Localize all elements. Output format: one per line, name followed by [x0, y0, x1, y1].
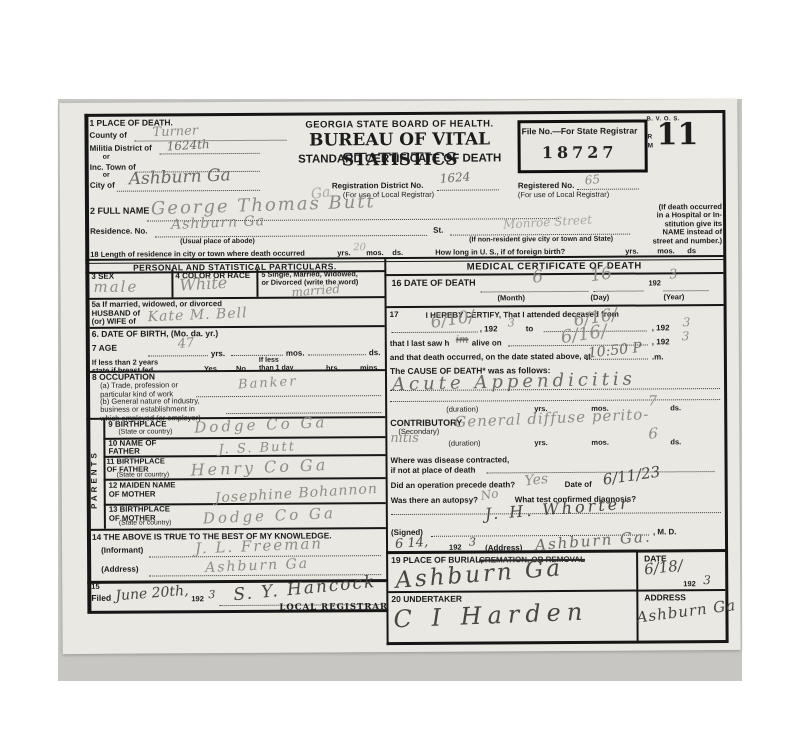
residence-line — [155, 235, 427, 238]
md-label: , M. D. — [653, 527, 677, 536]
city-label: City of — [90, 181, 115, 190]
county-label: County of — [89, 131, 126, 140]
abode-note: (Usual place of abode) — [180, 238, 255, 247]
certify-yb: 3 — [683, 316, 691, 328]
hospital-note: (If death occurred in a Hospital or In- … — [625, 203, 722, 246]
birthplace-value: Dodge Co Ga — [194, 415, 328, 435]
militia-value: 1624th — [166, 138, 210, 152]
filed-date-value: June 20th, — [115, 584, 189, 604]
sex-divider-1 — [171, 269, 173, 297]
certify-m: .m. — [652, 352, 664, 361]
lessday-label: If less than 1 day — [259, 357, 294, 373]
undertaker-address-label: ADDRESS — [644, 593, 686, 603]
informant-label: (Informant) — [101, 546, 143, 555]
marital-value: married — [291, 283, 340, 299]
operation-date-value: 6/11/23 — [602, 464, 661, 487]
informant-value: J. L. Freeman — [195, 536, 324, 556]
informant-address-value: Ashburn Ga — [205, 557, 309, 575]
residence-value: Ashburn Ga — [171, 214, 265, 232]
burial-date-value: 6/18/ — [643, 558, 683, 577]
breastfed-no: No — [236, 365, 246, 374]
duration2-label: (duration) — [448, 440, 480, 449]
certify-line3: and that death occurred, on the date sta… — [390, 352, 591, 362]
father-name-label: 10 NAME OF FATHER — [108, 439, 156, 456]
father-bp-sub: (State or country) — [117, 471, 170, 479]
file-box-label: File No.—For State Registrar — [520, 127, 638, 137]
or-1: or — [103, 154, 110, 162]
autopsy-value: No — [480, 487, 499, 501]
certify-yc: 3 — [682, 330, 690, 342]
burial-vline — [636, 550, 639, 644]
parents-side-label: PARENTS — [89, 439, 99, 509]
certificate-paper: 1 PLACE OF DEATH. County of Turner Milit… — [59, 99, 740, 654]
undertaker-value: C I Harden — [393, 599, 589, 631]
local-registrar-label: LOCAL REGISTRAR — [279, 603, 388, 613]
or-2: or — [103, 172, 110, 180]
duration2-mos: mos. — [591, 439, 609, 448]
district-line — [437, 189, 499, 190]
race-value: White — [179, 275, 228, 294]
district-value: 1624 — [439, 171, 470, 185]
length-yrs: yrs. — [337, 249, 350, 258]
length-ds: ds. — [392, 249, 403, 258]
operation-date-label: Date of — [565, 480, 592, 489]
sex-value: male — [93, 280, 138, 295]
mother-bp-value: Dodge Co Ga — [203, 506, 337, 526]
where-contracted-line — [487, 471, 715, 473]
certify-num: 17 — [390, 310, 399, 319]
certificate-form: 1 PLACE OF DEATH. County of Turner Milit… — [84, 110, 728, 648]
filed-num: 15 — [91, 583, 99, 592]
militia-label: Militia District of — [90, 144, 152, 154]
border-top — [84, 110, 724, 117]
age-yrs: yrs. — [211, 349, 225, 358]
duration2-ds: ds. — [670, 438, 681, 447]
signature-192: 192 — [449, 544, 462, 553]
dod-label: 16 DATE OF DEATH — [391, 278, 475, 289]
dod-year-line — [663, 290, 708, 291]
occupation-a-value: Banker — [238, 375, 298, 391]
length-yrs2: yrs. — [625, 248, 638, 257]
length-value: 20 — [353, 243, 366, 253]
dod-192: 192 — [648, 279, 661, 288]
registered-value: 65 — [584, 173, 601, 187]
standard-cert-title: STANDARD CERTIFICATE OF DEATH — [275, 152, 525, 167]
father-name-value: J. S. Butt — [218, 440, 296, 456]
birthplace-sub: (State or country) — [118, 428, 172, 436]
dob-label: 6. DATE OF BIRTH, (Mo. da. yr.) — [92, 329, 218, 340]
filed-label: Filed — [91, 594, 111, 604]
residence-label: Residence. No. — [90, 227, 147, 237]
certify-line2: that I last saw h — [390, 339, 450, 349]
file-number-box: File No.—For State Registrar 18727 — [517, 119, 647, 173]
border-bottom-right — [387, 640, 728, 645]
fullname-label: 2 FULL NAME — [90, 206, 149, 217]
length-mos2: mos. — [657, 247, 675, 256]
city-value: Ashburn Ga — [128, 167, 231, 188]
duration1-value: 7 — [648, 394, 657, 408]
father-bp-value: Henry Co Ga — [190, 457, 328, 479]
nonresident-note: (If non-resident give city or town and S… — [469, 236, 613, 245]
mother-bp-sub: (State or country) — [119, 519, 172, 527]
sex-divider-2 — [256, 269, 258, 297]
certify-192c: , 192 — [652, 337, 670, 346]
breastfed-yes: Yes — [204, 365, 217, 374]
city-line — [117, 190, 260, 192]
length-foreign: How long in U. S., if of foreign birth? — [435, 248, 565, 257]
bvos-rm: R M — [648, 132, 654, 150]
mother-name-label: 12 MAIDEN NAME OF MOTHER — [109, 481, 176, 499]
length-mos: mos. — [366, 249, 384, 258]
certify-him: im — [456, 336, 469, 346]
street-value: Monroe Street — [503, 214, 592, 231]
informant-address-label: (Address) — [101, 565, 138, 574]
lessday-mins: mins. — [360, 364, 380, 373]
bvos-number: 11 — [656, 118, 698, 153]
age-ds: ds. — [369, 348, 381, 357]
burial-192: 192 — [683, 580, 696, 589]
certify-192b: , 192 — [652, 323, 670, 332]
registered-sub: (For use of Local Registrar) — [518, 191, 609, 200]
parents-vline — [103, 418, 106, 529]
duration2-value: 6 — [648, 426, 658, 441]
autopsy-label: Was there an autopsy? — [391, 496, 478, 506]
cause-line-2 — [390, 399, 720, 402]
age-value: 47 — [177, 337, 195, 351]
burial-year-value: 3 — [703, 574, 711, 586]
spouse-value: Kate M. Bell — [147, 306, 247, 324]
file-number: 18727 — [521, 144, 639, 163]
physician-signature: J. H. Whorter — [484, 496, 631, 523]
certify-alive: alive on — [472, 338, 502, 347]
age-ds-line — [308, 354, 366, 355]
operation-value: Yes — [524, 472, 549, 489]
dod-year-sub: (Year) — [663, 293, 684, 302]
dod-row-bottom — [387, 304, 724, 308]
dod-year-value: 3 — [669, 268, 679, 282]
dod-day-line — [593, 291, 643, 292]
dod-day-sub: (Day) — [590, 294, 609, 303]
length-ds2: ds — [687, 247, 696, 256]
column-divider — [384, 257, 388, 645]
border-right — [722, 110, 728, 643]
dod-month-value: 6 — [531, 269, 544, 287]
contributory-value-1: General diffuse perito- — [454, 407, 650, 430]
street-label: St. — [433, 226, 443, 235]
militia-line — [160, 153, 260, 155]
physician-address-label: (Address) — [485, 543, 522, 552]
length-label: 18 Length of residence in city or town w… — [90, 250, 305, 260]
registrar-signature: S. Y. Hancock — [233, 574, 377, 604]
duration2-yrs: yrs. — [534, 439, 547, 448]
lessday-hrs: hrs. — [326, 364, 340, 373]
signature-year-value: 3 — [469, 537, 476, 548]
certify-to: to — [526, 324, 534, 333]
certify-from-value: 6/10/ — [430, 309, 476, 332]
occupation-a-line — [196, 395, 381, 397]
contributory-value-2: nitis — [390, 432, 419, 445]
duration1-ds: ds. — [670, 404, 681, 413]
signature-date-value: 6 14, — [395, 536, 429, 551]
age-label: 7 AGE — [92, 344, 117, 354]
certify-192a: , 192 — [480, 324, 498, 333]
filed-192: 192 — [191, 595, 204, 604]
dod-day-value: 16 — [589, 265, 613, 285]
dod-month-sub: (Month) — [498, 294, 526, 303]
scanned-document: 1 PLACE OF DEATH. County of Turner Milit… — [58, 99, 742, 681]
dod-month-line — [480, 291, 588, 293]
age-yrs-line — [148, 355, 208, 356]
certify-ya: 3 — [508, 317, 515, 328]
filed-year-value: 3 — [208, 589, 215, 600]
